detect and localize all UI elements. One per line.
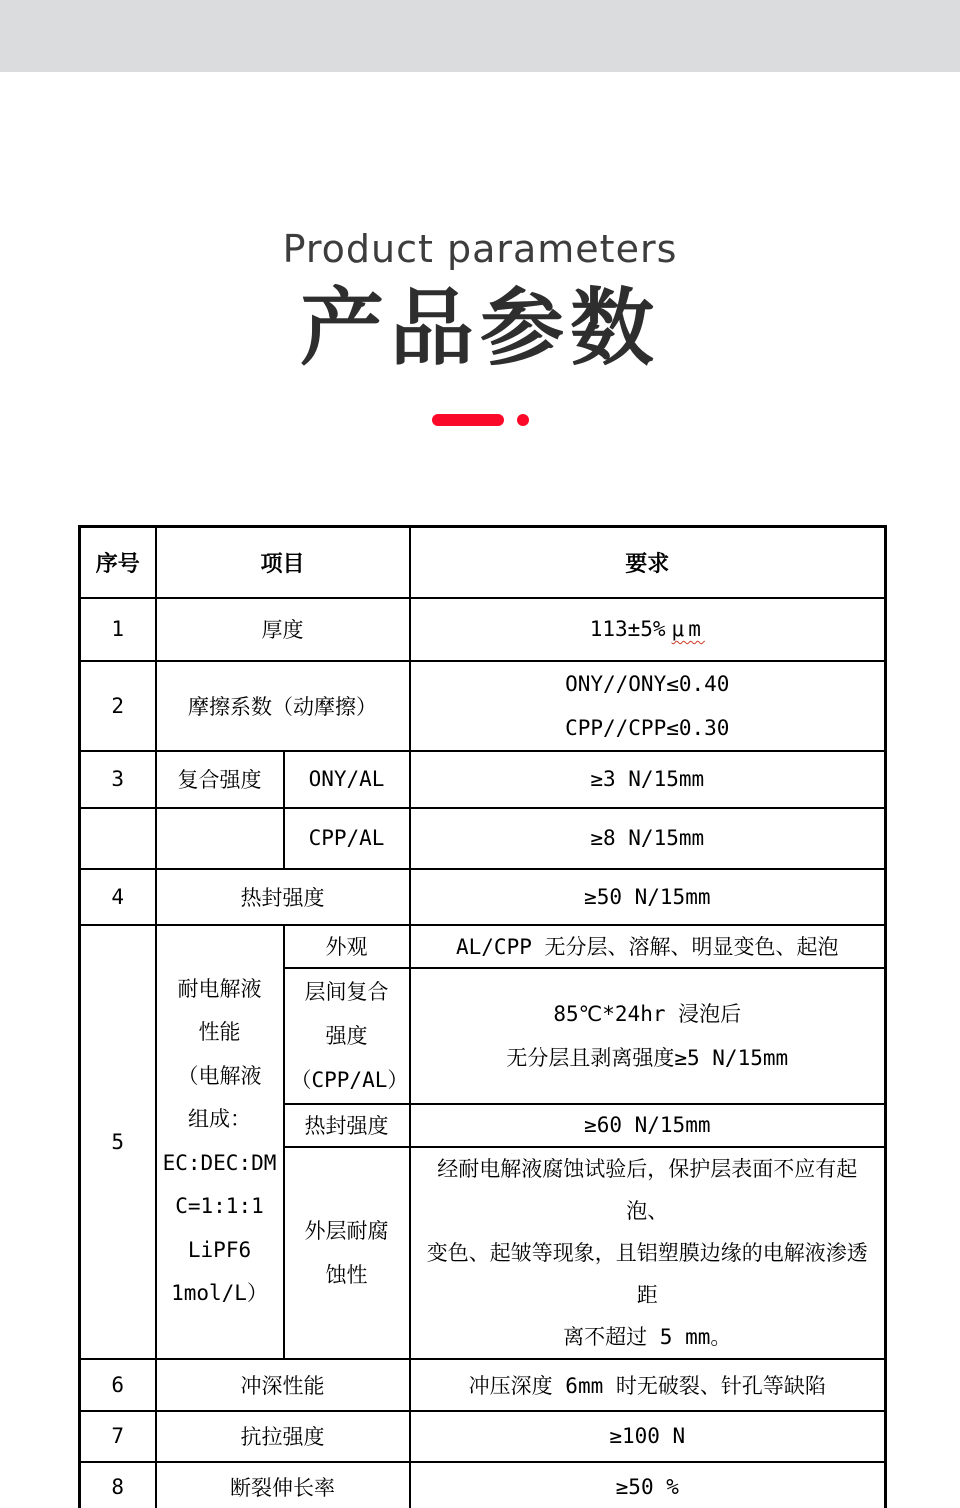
cell-req: 113±5%μm xyxy=(410,598,886,661)
title-divider xyxy=(0,414,960,426)
cell-no: 5 xyxy=(80,925,156,1359)
item-line: EC:DEC:DM xyxy=(163,1142,277,1186)
cell-no: 6 xyxy=(80,1359,156,1411)
subitem-line: 层间复合 xyxy=(291,970,403,1014)
req-line: 离不超过 5 mm。 xyxy=(417,1316,879,1358)
table-row-tensile: 7 抗拉强度 ≥100 N xyxy=(80,1411,886,1462)
cell-no: 8 xyxy=(80,1462,156,1508)
cell-req: 85℃*24hr 浸泡后 无分层且剥离强度≥5 N/15mm xyxy=(410,968,886,1104)
req-lines: ONY//ONY≤0.40 CPP//CPP≤0.30 xyxy=(417,662,879,750)
cell-item: 厚度 xyxy=(156,598,410,661)
top-gray-band xyxy=(0,0,960,72)
req-lines: 经耐电解液腐蚀试验后，保护层表面不应有起泡、 变色、起皱等现象，且铝塑膜边缘的电… xyxy=(417,1148,879,1358)
cell-req: ≥3 N/15mm xyxy=(410,751,886,808)
subitem-line: 蚀性 xyxy=(291,1253,403,1297)
req-line: 变色、起皱等现象，且铝塑膜边缘的电解液渗透距 xyxy=(417,1232,879,1316)
cell-subitem: 外层耐腐 蚀性 xyxy=(284,1147,410,1359)
req-line: 85℃*24hr 浸泡后 xyxy=(417,992,879,1036)
item-line: 性能 xyxy=(163,1011,277,1055)
table-row-lamination-cpp: CPP/AL ≥8 N/15mm xyxy=(80,808,886,869)
cell-req: ≥100 N xyxy=(410,1411,886,1462)
cell-item: 热封强度 xyxy=(156,869,410,925)
subitem-line: （CPP/AL） xyxy=(291,1058,403,1102)
req-line: ONY//ONY≤0.40 xyxy=(417,662,879,706)
cell-subitem: 外观 xyxy=(284,925,410,968)
cell-item: 摩擦系数（动摩擦） xyxy=(156,661,410,751)
cell-req: ≥50 % xyxy=(410,1462,886,1508)
product-parameters-page: Product parameters 产品参数 序号 项目 要求 1 厚度 11… xyxy=(0,0,960,1508)
cell-req: 冲压深度 6mm 时无破裂、针孔等缺陷 xyxy=(410,1359,886,1411)
subitem-line: 强度 xyxy=(291,1014,403,1058)
subitem-line: 外层耐腐 xyxy=(291,1209,403,1253)
item-line: 耐电解液 xyxy=(163,968,277,1012)
cell-no: 7 xyxy=(80,1411,156,1462)
item-line: 1mol/L） xyxy=(163,1272,277,1316)
req-line: CPP//CPP≤0.30 xyxy=(417,706,879,750)
cell-no-empty xyxy=(80,808,156,869)
cell-no: 2 xyxy=(80,661,156,751)
divider-line-icon xyxy=(432,414,504,426)
section-subtitle: Product parameters xyxy=(0,228,960,270)
item-line: （电解液 xyxy=(163,1055,277,1099)
cell-no: 4 xyxy=(80,869,156,925)
cell-item: 抗拉强度 xyxy=(156,1411,410,1462)
cell-req: AL/CPP 无分层、溶解、明显变色、起泡 xyxy=(410,925,886,968)
req-unit: μm xyxy=(672,617,705,641)
item-line: 组成： xyxy=(163,1098,277,1142)
cell-no: 1 xyxy=(80,598,156,661)
header-cell-req: 要求 xyxy=(410,527,886,598)
req-line: 无分层且剥离强度≥5 N/15mm xyxy=(417,1036,879,1080)
subitem-lines: 层间复合 强度 （CPP/AL） xyxy=(291,970,403,1102)
header-cell-no: 序号 xyxy=(80,527,156,598)
cell-subitem: ONY/AL xyxy=(284,751,410,808)
cell-item: 断裂伸长率 xyxy=(156,1462,410,1508)
item-line: C=1:1:1 xyxy=(163,1185,277,1229)
cell-subitem: 热封强度 xyxy=(284,1104,410,1147)
table-header-row: 序号 项目 要求 xyxy=(80,527,886,598)
cell-item-empty xyxy=(156,808,284,869)
page-title: 产品参数 xyxy=(0,280,960,376)
cell-req: ≥60 N/15mm xyxy=(410,1104,886,1147)
table-row-lamination-ony: 3 复合强度 ONY/AL ≥3 N/15mm xyxy=(80,751,886,808)
table-row-heatseal: 4 热封强度 ≥50 N/15mm xyxy=(80,869,886,925)
cell-subitem: CPP/AL xyxy=(284,808,410,869)
req-lines: 85℃*24hr 浸泡后 无分层且剥离强度≥5 N/15mm xyxy=(417,992,879,1080)
subitem-lines: 外层耐腐 蚀性 xyxy=(291,1209,403,1297)
divider-dot-icon xyxy=(517,414,529,426)
item-lines: 耐电解液 性能 （电解液 组成： EC:DEC:DM C=1:1:1 LiPF6… xyxy=(163,968,277,1316)
item-line: LiPF6 xyxy=(163,1229,277,1273)
cell-item-electrolyte: 耐电解液 性能 （电解液 组成： EC:DEC:DM C=1:1:1 LiPF6… xyxy=(156,925,284,1359)
req-value: 113±5% xyxy=(590,617,666,641)
cell-subitem: 层间复合 强度 （CPP/AL） xyxy=(284,968,410,1104)
cell-item: 复合强度 xyxy=(156,751,284,808)
table-row-deepdraw: 6 冲深性能 冲压深度 6mm 时无破裂、针孔等缺陷 xyxy=(80,1359,886,1411)
req-line: 经耐电解液腐蚀试验后，保护层表面不应有起泡、 xyxy=(417,1148,879,1232)
cell-req: 经耐电解液腐蚀试验后，保护层表面不应有起泡、 变色、起皱等现象，且铝塑膜边缘的电… xyxy=(410,1147,886,1359)
cell-item: 冲深性能 xyxy=(156,1359,410,1411)
header-cell-item: 项目 xyxy=(156,527,410,598)
table-row-friction: 2 摩擦系数（动摩擦） ONY//ONY≤0.40 CPP//CPP≤0.30 xyxy=(80,661,886,751)
cell-no: 3 xyxy=(80,751,156,808)
table-row-thickness: 1 厚度 113±5%μm xyxy=(80,598,886,661)
cell-req: ≥50 N/15mm xyxy=(410,869,886,925)
product-parameters-table: 序号 项目 要求 1 厚度 113±5%μm 2 摩擦系数（动摩擦） ONY//… xyxy=(78,525,887,1508)
cell-req: ≥8 N/15mm xyxy=(410,808,886,869)
table-row-electrolyte-appearance: 5 耐电解液 性能 （电解液 组成： EC:DEC:DM C=1:1:1 LiP… xyxy=(80,925,886,968)
table-row-elongation: 8 断裂伸长率 ≥50 % xyxy=(80,1462,886,1508)
cell-req: ONY//ONY≤0.40 CPP//CPP≤0.30 xyxy=(410,661,886,751)
